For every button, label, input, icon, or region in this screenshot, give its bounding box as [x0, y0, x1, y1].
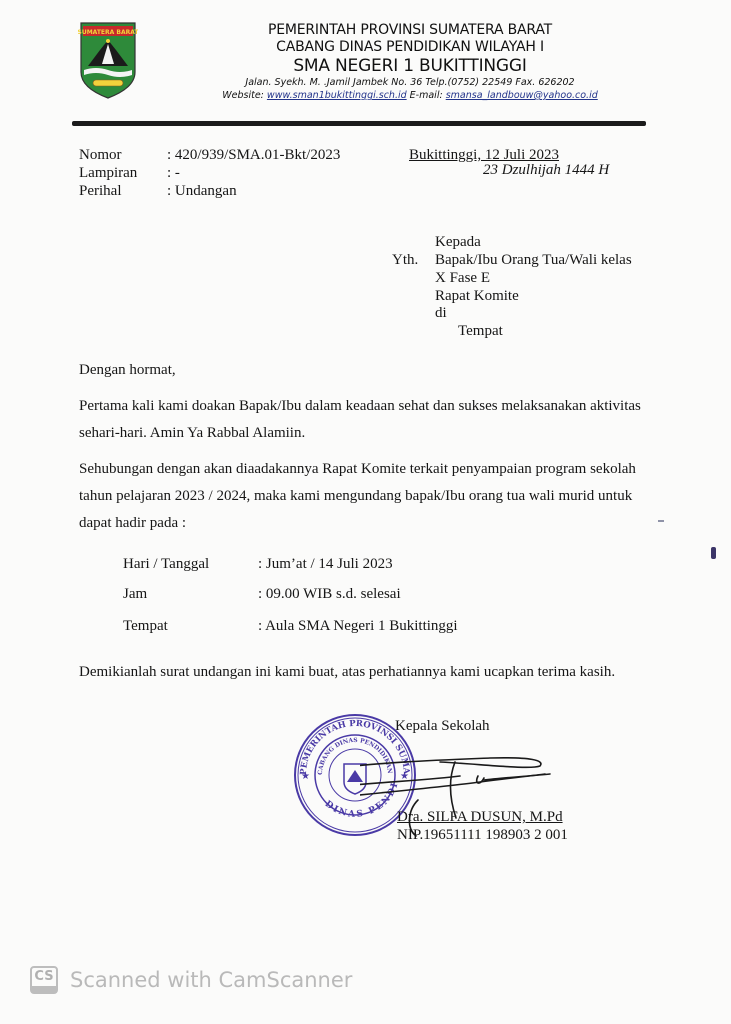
province-logo-icon: SUMATERA BARAT	[78, 20, 138, 100]
svg-text:★: ★	[301, 771, 310, 782]
camscanner-watermark: CS Scanned with CamScanner	[30, 966, 352, 994]
recipient-line: Kepada	[435, 233, 481, 251]
paragraph-2-line: dapat hadir pada :	[79, 514, 186, 532]
nomor-label: Nomor	[79, 146, 122, 164]
lampiran-value: : -	[167, 164, 180, 182]
paragraph-1-line: Pertama kali kami doakan Bapak/Ibu dalam…	[79, 397, 641, 415]
detail-value: : Aula SMA Negeri 1 Bukittinggi	[258, 617, 458, 635]
detail-label: Tempat	[123, 617, 168, 635]
recipient-line: Tempat	[458, 322, 503, 340]
letterhead-contact: Website: www.sman1bukittinggi.sch.id E-m…	[170, 89, 650, 102]
paragraph-2-line: Sehubungan dengan akan diaadakannya Rapa…	[79, 460, 636, 478]
scan-speck	[658, 520, 664, 522]
detail-label: Jam	[123, 585, 147, 603]
paragraph-2-line: tahun pelajaran 2023 / 2024, maka kami m…	[79, 487, 632, 505]
camscanner-logo-icon: CS	[30, 966, 58, 994]
signatory-nip: NIP.19651111 198903 2 001	[397, 826, 568, 844]
svg-text:SUMATERA BARAT: SUMATERA BARAT	[78, 29, 138, 36]
detail-value: : Jum’at / 14 Juli 2023	[258, 555, 393, 573]
lampiran-label: Lampiran	[79, 164, 137, 182]
letter-page: SUMATERA BARAT PEMERINTAH PROVINSI SUMAT…	[0, 0, 731, 1024]
signatory-name: Dra. SILFA DUSUN, M.Pd	[397, 808, 563, 826]
website-label: Website:	[222, 90, 264, 101]
watermark-text: Scanned with CamScanner	[70, 968, 352, 992]
perihal-value: : Undangan	[167, 182, 237, 200]
closing-sentence: Demikianlah surat undangan ini kami buat…	[79, 663, 615, 681]
letterhead-line2: CABANG DINAS PENDIDIKAN WILAYAH I	[170, 39, 650, 56]
recipient-line: X Fase E	[435, 269, 490, 287]
email-link[interactable]: smansa_landbouw@yahoo.co.id	[446, 90, 598, 101]
hijri-date: 23 Dzulhijah 1444 H	[483, 161, 609, 179]
website-link[interactable]: www.sman1bukittinggi.sch.id	[267, 90, 407, 101]
detail-value: : 09.00 WIB s.d. selesai	[258, 585, 401, 603]
recipient-line: Bapak/Ibu Orang Tua/Wali kelas	[435, 251, 632, 269]
scan-speck	[711, 547, 716, 559]
letterhead: PEMERINTAH PROVINSI SUMATERA BARAT CABAN…	[170, 22, 650, 102]
greeting: Dengan hormat,	[79, 361, 176, 379]
email-label: E-mail:	[410, 90, 443, 101]
letterhead-line1: PEMERINTAH PROVINSI SUMATERA BARAT	[170, 22, 650, 39]
perihal-label: Perihal	[79, 182, 122, 200]
yth-label: Yth.	[392, 251, 418, 269]
detail-label: Hari / Tanggal	[123, 555, 209, 573]
letterhead-address: Jalan. Syekh. M. .Jamil Jambek No. 36 Te…	[170, 76, 650, 89]
recipient-line: di	[435, 304, 447, 322]
recipient-line: Rapat Komite	[435, 287, 519, 305]
paragraph-1-line: sehari-hari. Amin Ya Rabbal Alamiin.	[79, 424, 305, 442]
letterhead-school-name: SMA NEGERI 1 BUKITTINGGI	[170, 56, 650, 76]
letterhead-divider	[72, 121, 646, 126]
nomor-value: : 420/939/SMA.01-Bkt/2023	[167, 146, 340, 164]
